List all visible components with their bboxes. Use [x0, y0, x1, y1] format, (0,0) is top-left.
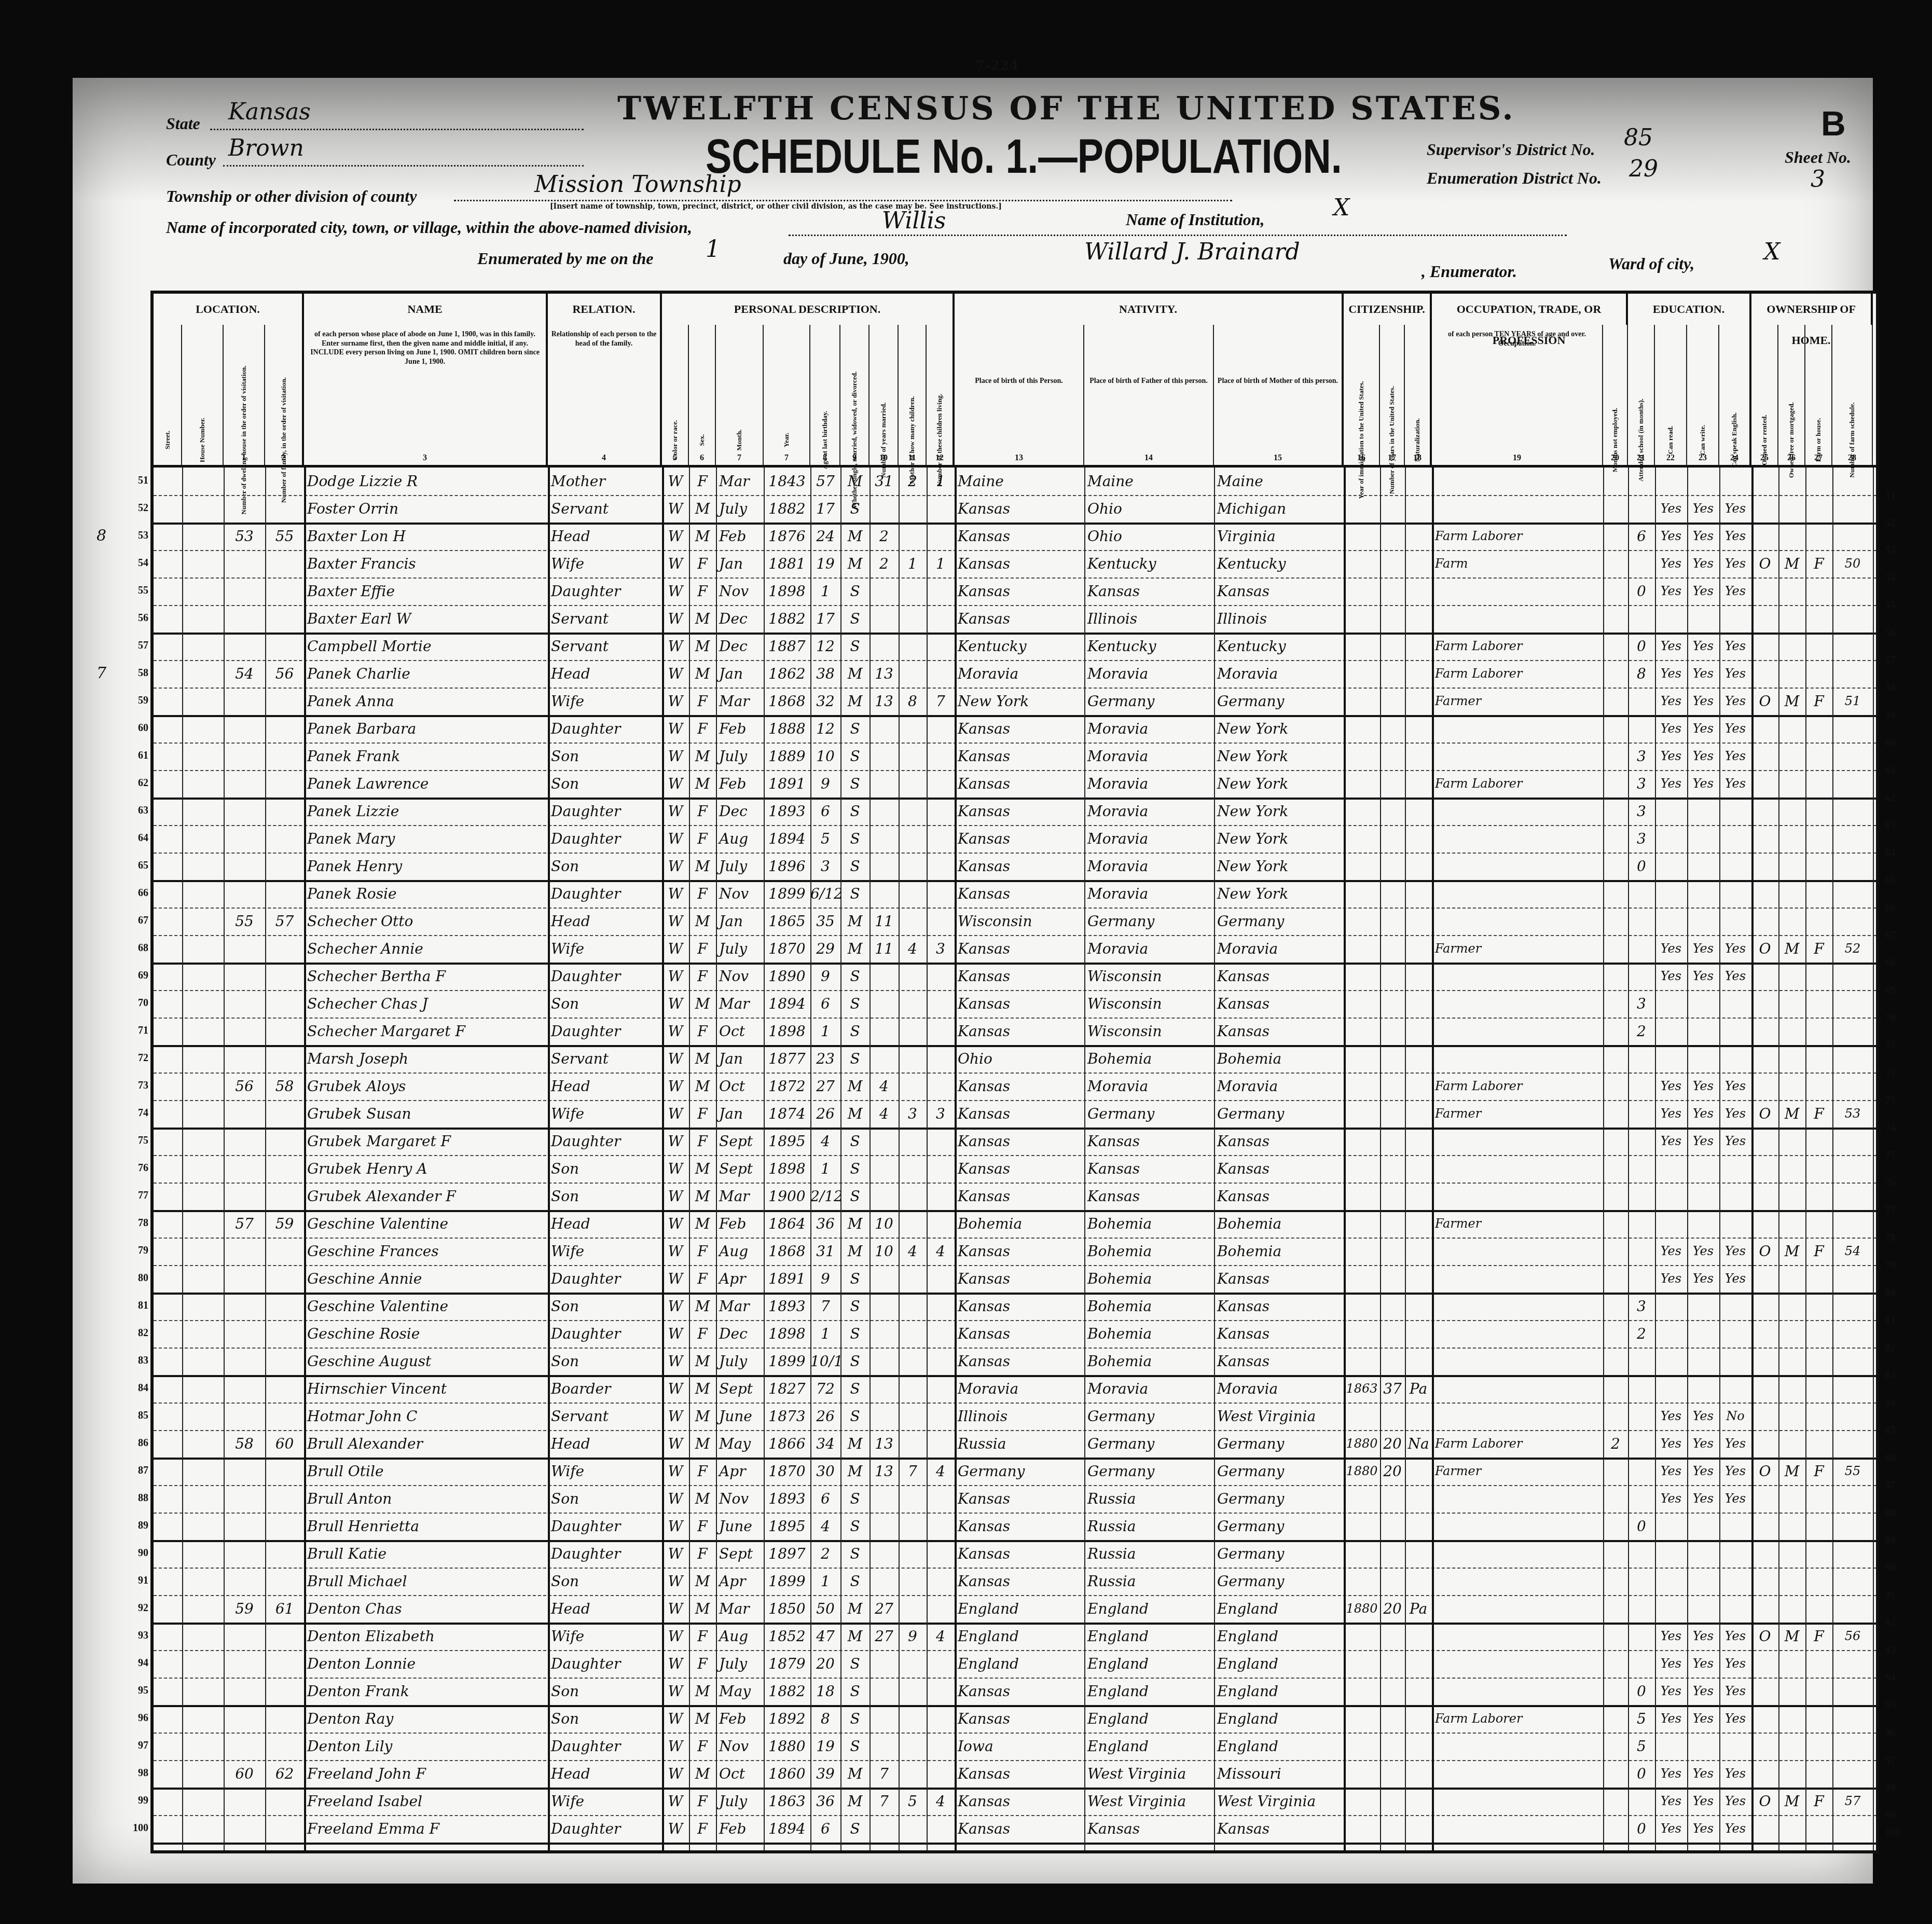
cell-pob: Kansas: [955, 1265, 1084, 1293]
cell-month: Jan: [716, 1100, 764, 1128]
cell-month: Feb: [716, 1210, 764, 1238]
cell-rel: Daughter: [548, 1513, 662, 1540]
right-line-number: 60: [1885, 737, 1916, 749]
cell-sex: F: [689, 1513, 716, 1540]
cell-name: Geschine August: [304, 1348, 548, 1375]
cell-sex: M: [689, 660, 716, 688]
column-rule: [304, 468, 306, 1850]
cell-ym: 2: [870, 523, 899, 550]
header-col-cl: Number of these children living.12: [927, 325, 955, 465]
cell-age: 35: [810, 908, 840, 935]
cell-race: W: [662, 1348, 689, 1375]
cell-pob: Ohio: [955, 1045, 1084, 1073]
cell-read: Yes: [1655, 1705, 1687, 1733]
right-line-number: 98: [1885, 1782, 1916, 1794]
header-group-location: LOCATION.: [154, 294, 304, 325]
cell-sex: F: [689, 1623, 716, 1650]
cell-read: Yes: [1655, 1100, 1687, 1128]
cell-ms: S: [840, 1375, 870, 1403]
right-line-number: 83: [1885, 1370, 1916, 1382]
cell-sex: F: [689, 715, 716, 743]
cell-name: Panek Anna: [304, 688, 548, 715]
cell-pobm: New York: [1214, 880, 1344, 908]
cell-race: W: [662, 908, 689, 935]
cell-pobm: Michigan: [1214, 495, 1344, 523]
cell-age: 6: [810, 1815, 840, 1843]
cell-rel: Son: [548, 853, 662, 880]
cell-sched: 51: [1832, 688, 1873, 715]
cell-pobf: Germany: [1084, 1458, 1214, 1485]
header-col-farm: Farm or house.27: [1805, 325, 1832, 465]
cell-ms: S: [840, 1403, 870, 1430]
cell-name: Panek Mary: [304, 825, 548, 853]
line-number: 93: [117, 1630, 148, 1642]
cell-sex: M: [689, 1678, 716, 1705]
cell-imm: 1863: [1344, 1375, 1380, 1403]
column-rule: [1832, 468, 1833, 1850]
cell-pobf: Russia: [1084, 1485, 1214, 1513]
cell-rel: Head: [548, 1430, 662, 1458]
line-number: 89: [117, 1520, 148, 1532]
cell-occ: Farm Laborer: [1432, 1073, 1603, 1100]
right-line-number: 85: [1885, 1425, 1916, 1437]
cell-month: Oct: [716, 1760, 764, 1788]
cell-month: Aug: [716, 1238, 764, 1265]
cell-eng: Yes: [1719, 1815, 1751, 1843]
cell-month: Mar: [716, 990, 764, 1018]
cell-eng: Yes: [1719, 1238, 1751, 1265]
cell-race: W: [662, 1650, 689, 1678]
cell-rel: Son: [548, 770, 662, 798]
cell-sex: F: [689, 1815, 716, 1843]
line-number: 98: [117, 1767, 148, 1779]
cell-pob: Kansas: [955, 770, 1084, 798]
state-label: State: [166, 114, 200, 133]
line-number: 67: [117, 915, 148, 927]
line-number: 52: [117, 502, 148, 514]
cell-name: Freeland Isabel: [304, 1788, 548, 1815]
institution-label: Name of Institution,: [1126, 210, 1265, 229]
table-row: 7069Schecher Chas JSonWMMar18946SKansasW…: [154, 990, 1876, 1019]
cell-rel: Servant: [548, 495, 662, 523]
column-rule: [810, 468, 811, 1850]
cell-name: Panek Barbara: [304, 715, 548, 743]
cell-eng: Yes: [1719, 743, 1751, 770]
right-line-number: 93: [1885, 1645, 1916, 1657]
cell-age: 27: [810, 1073, 840, 1100]
cell-read: Yes: [1655, 1760, 1687, 1788]
cell-name: Panek Lizzie: [304, 798, 548, 825]
cell-sex: M: [689, 908, 716, 935]
cell-pobm: Moravia: [1214, 1073, 1344, 1100]
right-line-number: 73: [1885, 1095, 1916, 1107]
cell-yrs: 20: [1380, 1595, 1405, 1623]
table-row: 6059Panek BarbaraDaughterWFFeb188812SKan…: [154, 715, 1876, 744]
cell-read: Yes: [1655, 1128, 1687, 1155]
line-number: 51: [117, 475, 148, 487]
header-col-occ: of each person TEN YEARS of age and over…: [1432, 325, 1603, 465]
cell-sex: M: [689, 1073, 716, 1100]
cell-cl: 1: [927, 468, 955, 495]
cell-ms: M: [840, 1623, 870, 1650]
cell-write: Yes: [1687, 1128, 1719, 1155]
header-group-nativity: NATIVITY.: [955, 294, 1344, 325]
cell-pob: Bohemia: [955, 1210, 1084, 1238]
cell-ym: 10: [870, 1210, 899, 1238]
cell-ms: S: [840, 1155, 870, 1183]
right-line-number: 79: [1885, 1260, 1916, 1272]
cell-race: W: [662, 550, 689, 578]
cell-ms: S: [840, 1733, 870, 1760]
cell-month: Feb: [716, 523, 764, 550]
cell-pobf: England: [1084, 1733, 1214, 1760]
cell-year: 1860: [764, 1760, 810, 1788]
cell-year: 1881: [764, 550, 810, 578]
cell-pob: Kansas: [955, 715, 1084, 743]
line-number: 60: [117, 722, 148, 734]
cell-race: W: [662, 688, 689, 715]
cell-sex: F: [689, 1018, 716, 1045]
cell-race: W: [662, 578, 689, 605]
cell-eng: Yes: [1719, 495, 1751, 523]
cell-read: Yes: [1655, 1623, 1687, 1650]
cell-read: Yes: [1655, 963, 1687, 990]
cell-farm: F: [1805, 935, 1832, 963]
table-row: 7574Grubek Margaret FDaughterWFSept18954…: [154, 1128, 1876, 1156]
table-row: 78775759Geschine ValentineHeadWMFeb18643…: [154, 1210, 1876, 1239]
right-line-number: 54: [1885, 572, 1916, 584]
cell-month: Oct: [716, 1018, 764, 1045]
line-number: 81: [117, 1300, 148, 1312]
cell-age: 17: [810, 495, 840, 523]
cell-occ: Farm Laborer: [1432, 523, 1603, 550]
line-number: 78: [117, 1217, 148, 1229]
cell-name: Hirnschier Vincent: [304, 1375, 548, 1403]
cell-name: Grubek Margaret F: [304, 1128, 548, 1155]
cell-age: 32: [810, 688, 840, 715]
cell-read: Yes: [1655, 688, 1687, 715]
cell-year: 1898: [764, 1018, 810, 1045]
sheet-label: Sheet No.: [1785, 148, 1851, 167]
cell-write: Yes: [1687, 1815, 1719, 1843]
cell-pobf: Wisconsin: [1084, 1018, 1214, 1045]
cell-year: 1843: [764, 468, 810, 495]
cell-yrs: 20: [1380, 1458, 1405, 1485]
cell-sch: 3: [1628, 743, 1655, 770]
cell-nat: Na: [1405, 1430, 1432, 1458]
cell-read: Yes: [1655, 1815, 1687, 1843]
sheet-value: 3: [1811, 166, 1825, 193]
cell-pobf: Kansas: [1084, 1183, 1214, 1210]
cell-race: W: [662, 1018, 689, 1045]
county-label: County: [166, 150, 216, 170]
right-line-number: 67: [1885, 930, 1916, 942]
cell-sex: M: [689, 853, 716, 880]
cell-year: 1850: [764, 1595, 810, 1623]
line-number: 68: [117, 942, 148, 954]
column-rule: [764, 468, 765, 1850]
cell-month: July: [716, 853, 764, 880]
cell-pob: Kansas: [955, 963, 1084, 990]
header-col-name: of each person whose place of abode on J…: [304, 325, 548, 465]
cell-sex: M: [689, 605, 716, 633]
right-line-number: 84: [1885, 1397, 1916, 1409]
right-line-number: 100: [1885, 1827, 1916, 1839]
cell-pobf: Moravia: [1084, 853, 1214, 880]
cell-mc: 3: [899, 1100, 927, 1128]
cell-rel: Servant: [548, 633, 662, 660]
cell-pob: Kansas: [955, 1018, 1084, 1045]
cell-mc: 2: [899, 468, 927, 495]
cell-name: Brull Henrietta: [304, 1513, 548, 1540]
cell-write: Yes: [1687, 935, 1719, 963]
line-number: 85: [117, 1410, 148, 1422]
right-line-number: 53: [1885, 545, 1916, 557]
cell-race: W: [662, 1293, 689, 1320]
cell-year: 1893: [764, 1485, 810, 1513]
cell-fam: 56: [265, 660, 304, 688]
cell-sex: M: [689, 1348, 716, 1375]
cell-age: 6/12: [810, 880, 840, 908]
cell-pob: Germany: [955, 1458, 1084, 1485]
header-col-rel: Relationship of each person to the head …: [548, 325, 662, 465]
cell-name: Geschine Annie: [304, 1265, 548, 1293]
cell-rel: Wife: [548, 935, 662, 963]
cell-ms: S: [840, 1485, 870, 1513]
cell-month: July: [716, 1650, 764, 1678]
cell-pobf: Kansas: [1084, 1815, 1214, 1843]
cell-race: W: [662, 853, 689, 880]
cell-own: O: [1751, 1100, 1778, 1128]
cell-race: W: [662, 990, 689, 1018]
cell-name: Schecher Annie: [304, 935, 548, 963]
cell-age: 4: [810, 1513, 840, 1540]
cell-write: Yes: [1687, 1678, 1719, 1705]
cell-ms: M: [840, 1210, 870, 1238]
cell-pobf: Wisconsin: [1084, 963, 1214, 990]
cell-cl: 4: [927, 1238, 955, 1265]
column-rule: [1603, 468, 1604, 1850]
cell-sex: M: [689, 1705, 716, 1733]
cell-year: 1895: [764, 1128, 810, 1155]
cell-read: Yes: [1655, 1788, 1687, 1815]
cell-ms: M: [840, 935, 870, 963]
cell-month: Nov: [716, 963, 764, 990]
right-line-number: 81: [1885, 1315, 1916, 1327]
cell-month: Sept: [716, 1375, 764, 1403]
cell-pobm: New York: [1214, 798, 1344, 825]
cell-age: 72: [810, 1375, 840, 1403]
cell-name: Brull Anton: [304, 1485, 548, 1513]
margin-annotation: 8: [96, 527, 106, 545]
cell-ms: S: [840, 1265, 870, 1293]
right-line-number: 76: [1885, 1177, 1916, 1189]
cell-ms: S: [840, 770, 870, 798]
header-group-occupation: OCCUPATION, TRADE, OR PROFESSION: [1432, 294, 1628, 325]
right-line-number: 90: [1885, 1562, 1916, 1574]
cell-name: Schecher Chas J: [304, 990, 548, 1018]
cell-occ: Farm Laborer: [1432, 660, 1603, 688]
cell-eng: Yes: [1719, 1760, 1751, 1788]
cell-sch: 3: [1628, 798, 1655, 825]
cell-name: Schecher Margaret F: [304, 1018, 548, 1045]
cell-age: 34: [810, 1430, 840, 1458]
column-rule: [1344, 468, 1346, 1850]
cell-year: 1894: [764, 990, 810, 1018]
cell-mort: M: [1778, 1100, 1805, 1128]
table-row: 6261Panek LawrenceSonWMFeb18919SKansasMo…: [154, 770, 1876, 800]
cell-mne: 2: [1603, 1430, 1628, 1458]
line-number: 99: [117, 1795, 148, 1807]
line-number: 65: [117, 860, 148, 872]
cell-eng: Yes: [1719, 1430, 1751, 1458]
cell-race: W: [662, 1073, 689, 1100]
cell-age: 29: [810, 935, 840, 963]
cell-ms: S: [840, 1045, 870, 1073]
right-line-number: 61: [1885, 765, 1916, 777]
cell-pobm: Germany: [1214, 1100, 1344, 1128]
form-number: 7-224: [975, 58, 1018, 74]
right-line-number: 88: [1885, 1507, 1916, 1519]
cell-read: Yes: [1655, 770, 1687, 798]
cell-name: Grubek Henry A: [304, 1155, 548, 1183]
cell-pobm: Kansas: [1214, 963, 1344, 990]
column-rule: [224, 468, 225, 1850]
cell-eng: Yes: [1719, 1073, 1751, 1100]
township-line: [454, 200, 1232, 201]
cell-year: 1887: [764, 633, 810, 660]
header-col-nat: Naturalization.18: [1405, 325, 1432, 465]
cell-pobm: Kansas: [1214, 1815, 1344, 1843]
cell-sex: M: [689, 523, 716, 550]
cell-read: Yes: [1655, 1458, 1687, 1485]
cell-month: Mar: [716, 688, 764, 715]
cell-year: 1868: [764, 1238, 810, 1265]
cell-imm: 1880: [1344, 1458, 1380, 1485]
line-number: 74: [117, 1107, 148, 1119]
cell-yrs: 37: [1380, 1375, 1405, 1403]
header-col-own: Owned or rented.25: [1751, 325, 1778, 465]
cell-pobf: Moravia: [1084, 825, 1214, 853]
column-rule: [1405, 468, 1406, 1850]
cell-year: 1899: [764, 880, 810, 908]
header-col-mort: Owned free or mortgaged.26: [1778, 325, 1805, 465]
cell-rel: Daughter: [548, 825, 662, 853]
cell-pobf: Bohemia: [1084, 1210, 1214, 1238]
header-col-imm: Year of immigration to the United States…: [1344, 325, 1380, 465]
cell-rel: Daughter: [548, 1128, 662, 1155]
column-rule: [1084, 468, 1085, 1850]
cell-pobf: Moravia: [1084, 1073, 1214, 1100]
state-value: Kansas: [228, 99, 311, 125]
cell-race: W: [662, 660, 689, 688]
cell-year: 1876: [764, 523, 810, 550]
cell-rel: Daughter: [548, 1320, 662, 1348]
cell-sex: F: [689, 578, 716, 605]
cell-pobm: Kansas: [1214, 1293, 1344, 1320]
cell-pobm: England: [1214, 1595, 1344, 1623]
line-number: 84: [117, 1382, 148, 1394]
header-col-fam: Number of family, in the order of visita…: [265, 325, 304, 465]
cell-pobm: Germany: [1214, 688, 1344, 715]
cell-age: 1: [810, 1320, 840, 1348]
header-col-sch: Attended school (in months).21: [1628, 325, 1655, 465]
cell-ms: S: [840, 633, 870, 660]
header-group-relation: RELATION.: [548, 294, 662, 325]
cell-pobm: New York: [1214, 743, 1344, 770]
cell-pobm: Germany: [1214, 1430, 1344, 1458]
cell-pob: Kansas: [955, 1678, 1084, 1705]
table-row: 8281Geschine RosieDaughterWFDec18981SKan…: [154, 1320, 1876, 1349]
cell-write: Yes: [1687, 1650, 1719, 1678]
cell-pobf: Moravia: [1084, 880, 1214, 908]
column-rule: [689, 468, 690, 1850]
cell-pobf: Russia: [1084, 1568, 1214, 1595]
cell-age: 23: [810, 1045, 840, 1073]
cell-ms: S: [840, 880, 870, 908]
cell-pob: Kentucky: [955, 633, 1084, 660]
cell-age: 9: [810, 770, 840, 798]
cell-pobf: Moravia: [1084, 715, 1214, 743]
cell-month: July: [716, 935, 764, 963]
cell-own: O: [1751, 1238, 1778, 1265]
cell-ms: S: [840, 825, 870, 853]
cell-race: W: [662, 1540, 689, 1568]
cell-occ: Farmer: [1432, 688, 1603, 715]
cell-rel: Son: [548, 990, 662, 1018]
line-number: 58: [117, 667, 148, 679]
table-row: 8887Brull AntonSonWMNov18936SKansasRussi…: [154, 1485, 1876, 1514]
cell-race: W: [662, 825, 689, 853]
table-row: 7271Marsh JosephServantWMJan187723SOhioB…: [154, 1045, 1876, 1074]
cell-month: July: [716, 743, 764, 770]
cell-rel: Head: [548, 1760, 662, 1788]
cell-rel: Son: [548, 1155, 662, 1183]
cell-ym: 11: [870, 908, 899, 935]
cell-pobf: Moravia: [1084, 660, 1214, 688]
right-line-number: 51: [1885, 490, 1916, 502]
cell-sex: F: [689, 1733, 716, 1760]
column-rule: [1655, 468, 1656, 1850]
right-line-number: 69: [1885, 985, 1916, 997]
cell-race: W: [662, 605, 689, 633]
cell-sched: 55: [1832, 1458, 1873, 1485]
column-rule: [870, 468, 871, 1850]
cell-month: May: [716, 1430, 764, 1458]
cell-age: 1: [810, 1155, 840, 1183]
cell-sex: M: [689, 1155, 716, 1183]
cell-ms: S: [840, 990, 870, 1018]
enumerated-label: Enumerated by me on the: [477, 249, 654, 268]
cell-pobm: England: [1214, 1623, 1344, 1650]
cell-ym: 31: [870, 468, 899, 495]
cell-imm: 1880: [1344, 1430, 1380, 1458]
table-row: 8382Geschine AugustSonWMJuly189910/12SKa…: [154, 1348, 1876, 1377]
cell-pob: Kansas: [955, 550, 1084, 578]
table-row: 6362Panek LizzieDaughterWFDec18936SKansa…: [154, 798, 1876, 826]
cell-age: 1: [810, 578, 840, 605]
cell-year: 1900: [764, 1183, 810, 1210]
margin-annotation: 7: [96, 664, 106, 682]
cell-ms: M: [840, 1788, 870, 1815]
cell-month: Aug: [716, 1623, 764, 1650]
cell-pobf: Maine: [1084, 468, 1214, 495]
township-label: Township or other division of county: [166, 187, 417, 206]
cell-mort: M: [1778, 688, 1805, 715]
cell-fam: 55: [265, 523, 304, 550]
city-label: Name of incorporated city, town, or vill…: [166, 218, 692, 237]
cell-sex: F: [689, 798, 716, 825]
